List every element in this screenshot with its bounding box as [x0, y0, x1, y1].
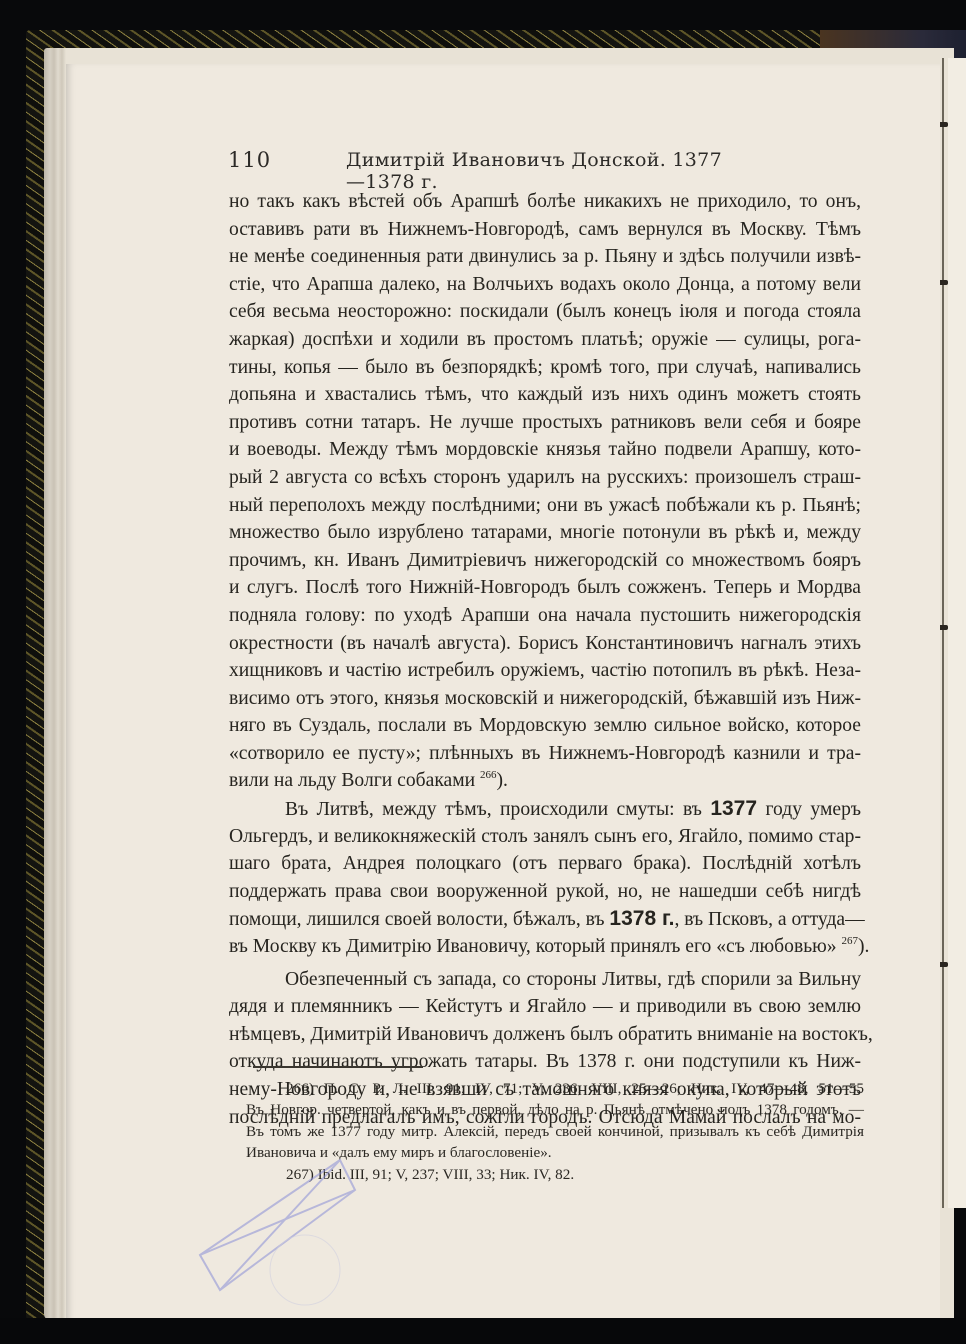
text-line: шаго брата, Андрея полоцкаго (отъ перваг…: [229, 850, 861, 878]
text-line: оставивъ рати въ Нижнемъ-Новгородѣ, самъ…: [229, 216, 861, 244]
text-line: висимо отъ этого, князья московскій и ни…: [229, 685, 861, 713]
text-line: няго въ Суздаль, послали въ Мордовскую з…: [229, 712, 861, 740]
text-line: нѣмцевъ, Димитрій Ивановичъ долженъ былъ…: [229, 1021, 861, 1049]
text-line: помощи, лишился своей волости, бѣжалъ, в…: [229, 905, 861, 933]
text-line: откуда начинаютъ угрожать татары. Въ 137…: [229, 1048, 861, 1076]
text-line: жаркая) доспѣхи и ходили въ простомъ пла…: [229, 326, 861, 354]
text-line: множество было изрублено татарами, многі…: [229, 519, 861, 547]
text-line: и слугъ. Послѣ того Нижній-Новгородъ был…: [229, 574, 861, 602]
running-title: Димитрій Ивановичъ Донской. 1377—1378 г.: [346, 149, 728, 193]
text-line: окрестности (въ началѣ августа). Борисъ …: [229, 630, 861, 658]
text-line: поддержать права свои вооруженной рукой,…: [229, 878, 861, 906]
text-fragment: Въ Литвѣ, между тѣмъ, происходили смуты:…: [285, 799, 710, 820]
footnote-line: Въ Новгор. четвертой, какъ и въ первой, …: [246, 1099, 864, 1120]
text-line: Въ Литвѣ, между тѣмъ, происходили смуты:…: [229, 795, 861, 823]
text-fragment: ).: [858, 936, 869, 957]
text-line: и воеводы. Между тѣмъ мордовскіе князья …: [229, 436, 861, 464]
text-line: себя весьма неосторожно: поскидали (былъ…: [229, 298, 861, 326]
footnote-divider: [253, 1066, 423, 1068]
text-line: Ольгердъ, и великокняжескій столъ занялъ…: [229, 823, 861, 851]
page-number: 110: [228, 148, 271, 172]
text-fragment: ).: [497, 770, 508, 791]
facing-page-edge: [942, 58, 966, 1208]
text-line: тины, копья — было въ безпорядкѣ; кромѣ …: [229, 354, 861, 382]
text-line: ный переполохъ между послѣдними; они въ …: [229, 492, 861, 520]
text-fragment: помощи, лишился своей волости, бѣжалъ, в…: [229, 909, 609, 930]
bold-year: 1378 г.: [609, 907, 674, 930]
body-text: но такъ какъ вѣстей объ Арапшѣ болѣе ник…: [229, 188, 861, 1131]
paragraph-1: но такъ какъ вѣстей объ Арапшѣ болѣе ник…: [229, 188, 861, 795]
text-line: Обезпеченный съ запада, со стороны Литвы…: [229, 966, 861, 994]
text-line: прочимъ, кн. Иванъ Димитріевичъ нижегоро…: [229, 547, 861, 575]
footnote-line: 266) П. С. Р. Л. III, 91; IV, 71; V, 236…: [246, 1078, 864, 1099]
text-line: противъ сотни татаръ. Не лучше простыхъ …: [229, 409, 861, 437]
text-line: рый 2 августа со всѣхъ сторонъ ударилъ н…: [229, 464, 861, 492]
bold-year: 1377: [710, 797, 757, 820]
background-shadow: [0, 1318, 966, 1344]
text-fragment: , въ Псковъ, а оттуда—: [674, 909, 864, 930]
text-line: «сотворило ее пусту»; плѣнныхъ въ Нижнем…: [229, 740, 861, 768]
footnote-line: Въ томъ же 1377 году митр. Алексій, пере…: [246, 1121, 864, 1142]
book-photo-scene: 110 Димитрій Ивановичъ Донской. 1377—137…: [0, 0, 966, 1344]
text-line: стіе, что Арапша далеко, на Волчьихъ вод…: [229, 271, 861, 299]
paragraph-2: Въ Литвѣ, между тѣмъ, происходили смуты:…: [229, 795, 861, 961]
text-line: но такъ какъ вѣстей объ Арапшѣ болѣе ник…: [229, 188, 861, 216]
text-line: вили на льду Волги собаками 266).: [229, 767, 861, 795]
text-line: не менѣе соединенныя рати двинулись за р…: [229, 243, 861, 271]
text-fragment: году умеръ: [757, 799, 861, 820]
text-fragment: вили на льду Волги собаками: [229, 770, 480, 791]
text-line: въ Москву къ Димитрію Ивановичу, который…: [229, 933, 861, 961]
text-fragment: въ Москву къ Димитрію Ивановичу, который…: [229, 936, 841, 957]
library-stamp-icon: [190, 1150, 390, 1310]
footnote-ref-267[interactable]: 267: [841, 935, 858, 947]
text-line: подняла голову: по уходѣ Арапши она нача…: [229, 602, 861, 630]
page-header: 110 Димитрій Ивановичъ Донской. 1377—137…: [228, 148, 728, 176]
text-line: допьяна и хвастались тѣмъ, что каждый из…: [229, 381, 861, 409]
text-line: хищниковъ и частію истребилъ оружіемъ, ч…: [229, 657, 861, 685]
footnote-ref-266[interactable]: 266: [480, 769, 497, 781]
text-line: дядя и племянникъ — Кейстутъ и Ягайло — …: [229, 993, 861, 1021]
